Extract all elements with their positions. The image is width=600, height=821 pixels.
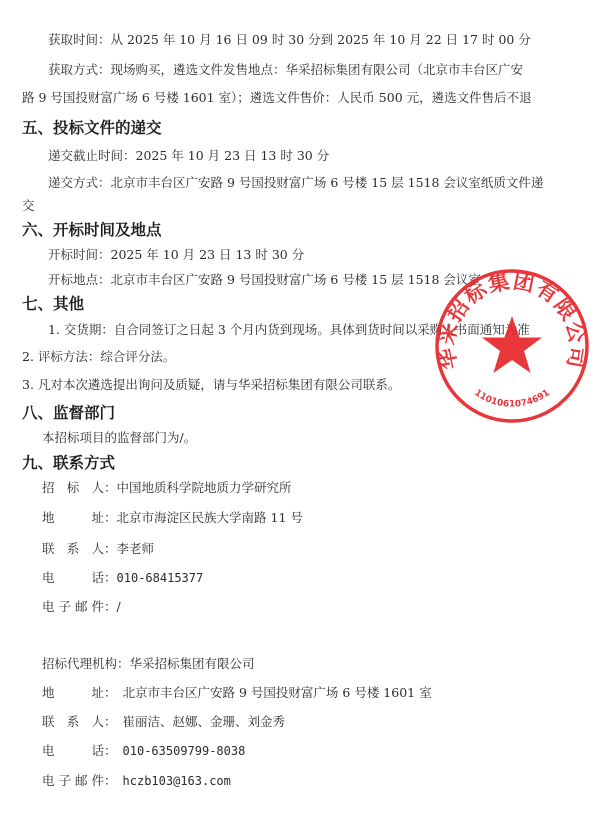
acquire-method-line1: 获取方式：现场购买，遴选文件发售地点：华采招标集团有限公司（北京市丰台区广安 [48,62,523,78]
field-value: 010-68415377 [117,571,204,585]
agency-name-row: 招标代理机构：华采招标集团有限公司 [42,656,255,672]
tenderer-name-row: 招标人：中国地质科学院地质力学研究所 [42,480,292,496]
agency-address-row: 地址：北京市丰台区广安路 9 号国投财富广场 6 号楼 1601 室 [42,685,432,701]
field-label: 电子邮件 [42,599,104,615]
field-value: 崔丽洁、赵娜、金珊、刘金秀 [123,714,286,729]
field-value: 北京市海淀区民族大学南路 11 号 [117,510,303,525]
field-label: 招标人 [42,480,104,496]
company-seal-stamp: 华采招标集团有限公司 1101061074691 [432,266,592,426]
tenderer-email-row: 电子邮件：/ [42,599,121,615]
agency-contact-row: 联系人：崔丽洁、赵娜、金珊、刘金秀 [42,714,285,730]
acquire-method-line2: 路 9 号国投财富广场 6 号楼 1601 室）；遴选文件售价：人民币 500 … [22,90,532,106]
field-value: hczb103@163.com [123,774,231,788]
field-label: 电话 [42,743,104,759]
opening-place: 开标地点：北京市丰台区广安路 9 号国投财富广场 6 号楼 15 层 1518 … [48,272,481,288]
field-label: 联系人 [42,714,104,730]
section9-heading: 九、联系方式 [22,453,115,473]
other-item-3: 3. 凡对本次遴选提出询问及质疑，请与华采招标集团有限公司联系。 [22,377,400,393]
field-value: / [117,599,121,614]
submission-deadline: 递交截止时间：2025 年 10 月 23 日 13 时 30 分 [48,148,329,164]
field-label: 电话 [42,570,104,586]
field-label: 地址 [42,510,104,526]
acquire-time: 获取时间：从 2025 年 10 月 16 日 09 时 30 分到 2025 … [48,32,531,48]
section6-heading: 六、开标时间及地点 [22,220,162,240]
seal-ring-icon [437,271,587,421]
agency-name: 华采招标集团有限公司 [130,656,255,671]
other-item-2: 2. 评标方法：综合评分法。 [22,349,175,365]
submission-method-line1: 递交方式：北京市丰台区广安路 9 号国投财富广场 6 号楼 15 层 1518 … [48,175,543,191]
field-value: 李老师 [117,541,155,556]
field-value: 010-63509799-8038 [123,744,246,758]
section8-heading: 八、监督部门 [22,403,115,423]
agency-label: 招标代理机构： [42,656,130,671]
agency-phone-row: 电话：010-63509799-8038 [42,743,245,759]
tenderer-phone-row: 电话：010-68415377 [42,570,203,586]
field-value: 中国地质科学院地质力学研究所 [117,480,292,495]
seal-code-text: 1101061074691 [472,388,552,410]
field-label: 地址 [42,685,104,701]
submission-method-line2: 交 [22,198,35,214]
section7-heading: 七、其他 [22,294,84,314]
field-label: 联系人 [42,541,104,557]
field-label: 电子邮件 [42,773,104,789]
field-value: 北京市丰台区广安路 9 号国投财富广场 6 号楼 1601 室 [123,685,432,700]
tenderer-address-row: 地址：北京市海淀区民族大学南路 11 号 [42,510,303,526]
agency-email-row: 电子邮件：hczb103@163.com [42,773,231,789]
section5-heading: 五、投标文件的递交 [22,118,162,138]
opening-time: 开标时间：2025 年 10 月 23 日 13 时 30 分 [48,247,304,263]
other-item-1: 1. 交货期：自合同签订之日起 3 个月内货到现场。具体到货时间以采购人书面通知… [48,322,530,338]
tenderer-contact-row: 联系人：李老师 [42,541,154,557]
supervision-text: 本招标项目的监督部门为/。 [42,430,196,446]
